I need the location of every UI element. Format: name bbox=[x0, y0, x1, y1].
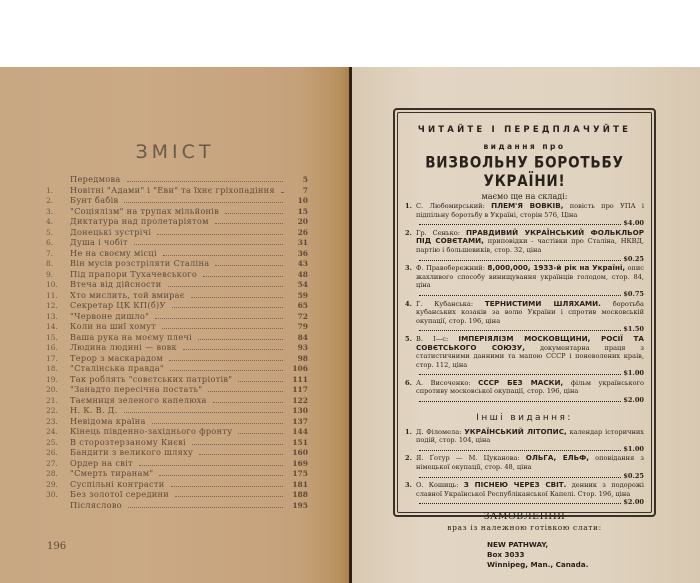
toc-entry-number: 24. bbox=[46, 427, 70, 438]
toc-entry: 4.Диктатура над пролетаріятом20 bbox=[46, 216, 308, 227]
publication-price: $1.00 bbox=[623, 445, 644, 454]
toc-entry-page: 106 bbox=[288, 364, 308, 375]
toc-entry-page: 48 bbox=[288, 270, 308, 281]
dot-leader bbox=[163, 254, 283, 256]
publication-description: Ф. Правобережний: 8,000,000, 1933-й рік … bbox=[416, 264, 644, 298]
toc-entry-title: "Занадто пересічна постать" bbox=[70, 384, 202, 395]
toc-title: ЗМІСТ bbox=[0, 141, 350, 163]
dot-leader bbox=[172, 306, 283, 308]
ad-heading-publications-about: видання про bbox=[405, 142, 644, 151]
publication-description: А. Височенко: СССР БЕЗ МАСКИ, фільм укра… bbox=[416, 379, 644, 405]
toc-entry: Післяслово195 bbox=[46, 500, 308, 511]
publication-item: 3.О. Кошиць: З ПІСНЕЮ ЧЕРЕЗ СВІТ. денник… bbox=[405, 481, 644, 507]
toc-entry-number: 21. bbox=[46, 396, 70, 407]
publication-item: 2.Гр. Сенько: ПРАВДИВИЙ УКРАЇНСЬКИЙ ФОЛЬ… bbox=[405, 229, 644, 263]
toc-entry-number: 9. bbox=[46, 270, 70, 281]
toc-entry: 29.Суспільні контрасти181 bbox=[46, 479, 308, 490]
toc-entry-number: 17. bbox=[46, 354, 70, 365]
dot-leader bbox=[203, 275, 283, 277]
toc-entry-page: 72 bbox=[288, 312, 308, 323]
dot-leader bbox=[419, 260, 621, 261]
dot-leader bbox=[152, 422, 283, 424]
toc-entry-page: 36 bbox=[288, 249, 308, 260]
dot-leader bbox=[175, 495, 283, 497]
ad-heading-read-subscribe: ЧИТАЙТЕ І ПЕРЕДПЛАЧУЙТЕ bbox=[405, 125, 644, 135]
dot-leader bbox=[155, 317, 283, 319]
toc-entry: 11.Хто мислить, той вмирає59 bbox=[46, 290, 308, 301]
toc-entry-number: 22. bbox=[46, 406, 70, 417]
toc-entry-title: Коли на шиї хомут bbox=[70, 321, 156, 332]
advertisement-inner-frame: ЧИТАЙТЕ І ПЕРЕДПЛАЧУЙТЕ видання про ВИЗВ… bbox=[397, 112, 652, 513]
toc-entry-number: 12. bbox=[46, 301, 70, 312]
toc-entry-page: 181 bbox=[288, 480, 308, 491]
publication-author: А. Височенко: bbox=[416, 379, 471, 387]
dot-leader bbox=[159, 474, 283, 476]
dot-leader bbox=[419, 477, 621, 478]
toc-entry-number: 30. bbox=[46, 490, 70, 501]
toc-entry-page: 111 bbox=[288, 375, 308, 386]
toc-entry-page: 43 bbox=[288, 259, 308, 270]
publication-item: 4.Г. Кубанська: ТЕРНИСТИМИ ШЛЯХАМИ. боро… bbox=[405, 300, 644, 334]
toc-entry-page: 93 bbox=[288, 343, 308, 354]
publication-title: З ПІСНЕЮ ЧЕРЕЗ СВІТ. bbox=[464, 480, 567, 489]
publication-item: 1.Д. Філомела: УКРАЇНСЬКИЙ ЛІТОПИС, кале… bbox=[405, 428, 644, 454]
toc-entry-page: 54 bbox=[288, 280, 308, 291]
publication-author: С. Любомирський: bbox=[416, 202, 485, 210]
dot-leader bbox=[157, 233, 283, 235]
in-stock-list: 1.С. Любомирський: ПЛЕМ'Я ВОВКІВ, повіст… bbox=[405, 202, 644, 405]
toc-entry-title: Новітні "Адами" і "Еви" та їхнє гріхопад… bbox=[70, 185, 275, 196]
publication-price: $0.25 bbox=[623, 472, 644, 481]
publication-number: 2. bbox=[405, 229, 416, 263]
publication-number: 1. bbox=[405, 202, 416, 228]
toc-entry: 30.Без золотої середини188 bbox=[46, 489, 308, 500]
toc-entry-page: 79 bbox=[288, 322, 308, 333]
toc-entry-title: Він мусів розстріляти Сталіна bbox=[70, 258, 209, 269]
toc-entry-title: Н. К. В. Д. bbox=[70, 405, 118, 416]
toc-entry-page: 130 bbox=[288, 406, 308, 417]
toc-entry-page: 65 bbox=[288, 301, 308, 312]
toc-entry-title: Так роблять "совєтських патріотів" bbox=[70, 374, 232, 385]
toc-entry-number: 2. bbox=[46, 196, 70, 207]
toc-entry: 23.Невідома країна137 bbox=[46, 416, 308, 427]
toc-entry-title: "Смерть тиранам" bbox=[70, 468, 153, 479]
toc-entry-number: 4. bbox=[46, 217, 70, 228]
publication-title: ТЕРНИСТИМИ ШЛЯХАМИ. bbox=[485, 299, 601, 308]
dot-leader bbox=[191, 296, 283, 298]
price-row: $4.00 bbox=[416, 219, 644, 228]
dot-leader bbox=[124, 201, 283, 203]
publication-item: 3.Ф. Правобережний: 8,000,000, 1933-й рі… bbox=[405, 264, 644, 298]
toc-entry-number: 15. bbox=[46, 333, 70, 344]
price-row: $1.50 bbox=[416, 325, 644, 334]
publication-description: Я. Ґотур — М. Цуканова: ОЛЬГА, ЕЛЬФ, опо… bbox=[416, 454, 644, 480]
toc-entry: 20."Занадто пересічна постать"117 bbox=[46, 384, 308, 395]
toc-entry-number: 28. bbox=[46, 469, 70, 480]
toc-entry-number: 23. bbox=[46, 417, 70, 428]
toc-entry-number: 11. bbox=[46, 291, 70, 302]
publication-description: Г. Кубанська: ТЕРНИСТИМИ ШЛЯХАМИ. бороть… bbox=[416, 300, 644, 334]
dot-leader bbox=[124, 411, 283, 413]
toc-entry: 19.Так роблять "совєтських патріотів"111 bbox=[46, 374, 308, 385]
price-row: $1.00 bbox=[416, 445, 644, 454]
toc-entry: 27.Ордер на світ169 bbox=[46, 458, 308, 469]
book-spread: ЗМІСТ Передмова51.Новітні "Адами" і "Еви… bbox=[0, 67, 700, 583]
dot-leader bbox=[198, 338, 283, 340]
dot-leader bbox=[238, 380, 283, 382]
toc-entry-number: 1. bbox=[46, 186, 70, 197]
toc-entry-page: 160 bbox=[288, 448, 308, 459]
toc-entry-number: 14. bbox=[46, 322, 70, 333]
price-row: $2.00 bbox=[416, 396, 644, 405]
dot-leader bbox=[419, 401, 621, 402]
toc-entry-title: Передмова bbox=[70, 174, 121, 185]
dot-leader bbox=[238, 432, 283, 434]
toc-entry-title: Душа і чобіт bbox=[70, 237, 128, 248]
toc-entry: 25.В сторозтерзаному Києві151 bbox=[46, 437, 308, 448]
dot-leader bbox=[213, 401, 283, 403]
dot-leader bbox=[199, 453, 283, 455]
toc-entry-title: Донецькі зустрічі bbox=[70, 227, 151, 238]
publication-price: $0.25 bbox=[623, 255, 644, 264]
order-title: ЗАМОВЛЕННЯ bbox=[405, 511, 644, 522]
toc-entry-page: 137 bbox=[288, 417, 308, 428]
order-instructions: враз із належною готівкою слати: bbox=[405, 523, 644, 532]
publication-description: С. Любомирський: ПЛЕМ'Я ВОВКІВ, повість … bbox=[416, 202, 644, 228]
toc-entry-page: 169 bbox=[288, 459, 308, 470]
toc-entry-title: Без золотої середини bbox=[70, 489, 169, 500]
publication-description: В. І—с: ІМПЕРІЯЛІЗМ МОСКОВЩИНИ, РОСІЇ ТА… bbox=[416, 335, 644, 378]
toc-entry-title: "Червоне дишло" bbox=[70, 311, 149, 322]
dot-leader bbox=[169, 359, 283, 361]
toc-entry-page: 122 bbox=[288, 396, 308, 407]
toc-entry: 21.Таємниця зеленого капелюха122 bbox=[46, 395, 308, 406]
in-stock-label: маємо ще на складі: bbox=[405, 192, 644, 201]
toc-entry-title: Терор з маскарадом bbox=[70, 353, 163, 364]
dot-leader bbox=[183, 348, 283, 350]
toc-entry-number: 10. bbox=[46, 280, 70, 291]
toc-entry-number: 5. bbox=[46, 228, 70, 239]
toc-entry-page: 175 bbox=[288, 469, 308, 480]
publication-title: УКРАЇНСЬКИЙ ЛІТОПИС, bbox=[464, 427, 567, 436]
toc-entry: 8.Він мусів розстріляти Сталіна43 bbox=[46, 258, 308, 269]
toc-entry-title: Бунт бабів bbox=[70, 195, 118, 206]
toc-entry-title: Таємниця зеленого капелюха bbox=[70, 395, 207, 406]
publication-author: Г. Кубанська: bbox=[416, 300, 473, 308]
toc-entry: 12.Секретар ЦК КП(б)У65 bbox=[46, 300, 308, 311]
dot-leader bbox=[208, 390, 283, 392]
dot-leader bbox=[192, 443, 283, 445]
publication-description: Гр. Сенько: ПРАВДИВИЙ УКРАЇНСЬКИЙ ФОЛЬКЛ… bbox=[416, 229, 644, 263]
publication-item: 5.В. І—с: ІМПЕРІЯЛІЗМ МОСКОВЩИНИ, РОСІЇ … bbox=[405, 335, 644, 378]
toc-entry-number: 25. bbox=[46, 438, 70, 449]
publication-description: О. Кошиць: З ПІСНЕЮ ЧЕРЕЗ СВІТ. денник з… bbox=[416, 481, 644, 507]
dot-leader bbox=[419, 503, 621, 504]
toc-entry: 22.Н. К. В. Д.130 bbox=[46, 405, 308, 416]
dot-leader bbox=[139, 464, 283, 466]
publication-description: Д. Філомела: УКРАЇНСЬКИЙ ЛІТОПИС, календ… bbox=[416, 428, 644, 454]
dot-leader bbox=[419, 374, 621, 375]
toc-entry-title: Секретар ЦК КП(б)У bbox=[70, 300, 166, 311]
publication-price: $0.75 bbox=[623, 290, 644, 299]
toc-entry: 18."Сталінська правда"106 bbox=[46, 363, 308, 374]
toc-entry-title: Втеча від дійсности bbox=[70, 279, 162, 290]
publication-author: Я. Ґотур — М. Цуканова: bbox=[416, 454, 520, 462]
toc-entry-number: 16. bbox=[46, 343, 70, 354]
publication-price: $2.00 bbox=[623, 396, 644, 405]
mailing-address: NEW PATHWAY, Box 3033 Winnipeg, Man., Ca… bbox=[487, 540, 644, 570]
toc-entry-page: 98 bbox=[288, 354, 308, 365]
price-row: $0.75 bbox=[416, 290, 644, 299]
other-publications-list: 1.Д. Філомела: УКРАЇНСЬКИЙ ЛІТОПИС, кале… bbox=[405, 428, 644, 507]
toc-entry-number: 6. bbox=[46, 238, 70, 249]
toc-entry-number: 8. bbox=[46, 259, 70, 270]
publication-price: $1.50 bbox=[623, 325, 644, 334]
toc-entry-title: Бандити з великого шляху bbox=[70, 447, 193, 458]
toc-entry-number: 19. bbox=[46, 375, 70, 386]
toc-entry-title: "Сталінська правда" bbox=[70, 363, 164, 374]
toc-entry-title: Невідома країна bbox=[70, 416, 146, 427]
toc-entry-page: 7 bbox=[288, 186, 308, 197]
toc-entry-title: Диктатура над пролетаріятом bbox=[70, 216, 209, 227]
address-line-2: Box 3033 bbox=[487, 550, 644, 560]
toc-entry: 15.Ваша рука на моєму плечі84 bbox=[46, 332, 308, 343]
toc-entry-title: Ордер на світ bbox=[70, 458, 133, 469]
toc-entry-number: 18. bbox=[46, 364, 70, 375]
dot-leader bbox=[419, 330, 621, 331]
toc-entry: 28."Смерть тиранам"175 bbox=[46, 468, 308, 479]
toc-entry-title: Під прапори Тухачевського bbox=[70, 269, 197, 280]
address-line-3: Winnipeg, Man., Canada. bbox=[487, 560, 644, 570]
publication-title: ПЛЕМ'Я ВОВКІВ, bbox=[491, 201, 563, 210]
toc-entry-page: 26 bbox=[288, 228, 308, 239]
dot-leader bbox=[281, 191, 283, 193]
publication-price: $1.00 bbox=[623, 369, 644, 378]
toc-entry: 9.Під прапори Тухачевського48 bbox=[46, 269, 308, 280]
toc-entry-title: Ваша рука на моєму плечі bbox=[70, 332, 192, 343]
publication-item: 6.А. Височенко: СССР БЕЗ МАСКИ, фільм ук… bbox=[405, 379, 644, 405]
table-of-contents: Передмова51.Новітні "Адами" і "Еви" та ї… bbox=[46, 174, 308, 510]
toc-entry: 16.Людина людині — вовк93 bbox=[46, 342, 308, 353]
publication-author: О. Кошиць: bbox=[416, 481, 458, 489]
toc-entry-page: 195 bbox=[288, 501, 308, 512]
publication-number: 3. bbox=[405, 264, 416, 298]
toc-entry: 17.Терор з маскарадом98 bbox=[46, 353, 308, 364]
publication-price: $4.00 bbox=[623, 219, 644, 228]
publication-number: 1. bbox=[405, 428, 416, 454]
toc-entry-title: Післяслово bbox=[70, 500, 122, 511]
toc-entry-title: Не на своєму місці bbox=[70, 248, 157, 259]
dot-leader bbox=[419, 295, 621, 296]
publication-title: 8,000,000, 1933-й рік на Україні, bbox=[487, 263, 625, 272]
toc-entry-number: 7. bbox=[46, 249, 70, 260]
toc-entry: Передмова5 bbox=[46, 174, 308, 185]
toc-entry-page: 117 bbox=[288, 385, 308, 396]
dot-leader bbox=[419, 224, 621, 225]
toc-entry-number: 20. bbox=[46, 385, 70, 396]
dot-leader bbox=[168, 285, 283, 287]
toc-entry-title: Суспільні контрасти bbox=[70, 479, 165, 490]
toc-entry: 1.Новітні "Адами" і "Еви" та їхнє гріхоп… bbox=[46, 185, 308, 196]
dot-leader bbox=[162, 327, 283, 329]
toc-entry-page: 5 bbox=[288, 175, 308, 186]
dot-leader bbox=[225, 212, 283, 214]
toc-entry-title: "Соціялізм" на трупах мільйонів bbox=[70, 206, 219, 217]
page-number: 196 bbox=[47, 541, 66, 552]
toc-entry-page: 59 bbox=[288, 291, 308, 302]
publication-number: 6. bbox=[405, 379, 416, 405]
toc-entry-title: Хто мислить, той вмирає bbox=[70, 290, 185, 301]
other-publications-label: Інші видання: bbox=[405, 413, 644, 423]
toc-entry: 2.Бунт бабів10 bbox=[46, 195, 308, 206]
toc-entry: 3."Соціялізм" на трупах мільйонів15 bbox=[46, 206, 308, 217]
address-line-1: NEW PATHWAY, bbox=[487, 540, 644, 550]
right-page: ЧИТАЙТЕ І ПЕРЕДПЛАЧУЙТЕ видання про ВИЗВ… bbox=[352, 67, 700, 583]
toc-entry-number: 27. bbox=[46, 459, 70, 470]
toc-entry-number: 29. bbox=[46, 480, 70, 491]
toc-entry: 6.Душа і чобіт31 bbox=[46, 237, 308, 248]
dot-leader bbox=[171, 485, 283, 487]
toc-entry-title: Людина людині — вовк bbox=[70, 342, 177, 353]
ad-heading-liberation-struggle: ВИЗВОЛЬНУ БОРОТЬБУ УКРАЇНИ! bbox=[405, 154, 644, 191]
publication-title: СССР БЕЗ МАСКИ, bbox=[478, 378, 563, 387]
toc-entry: 26.Бандити з великого шляху160 bbox=[46, 447, 308, 458]
advertisement-box: ЧИТАЙТЕ І ПЕРЕДПЛАЧУЙТЕ видання про ВИЗВ… bbox=[393, 108, 656, 517]
toc-entry-page: 31 bbox=[288, 238, 308, 249]
toc-entry-page: 151 bbox=[288, 438, 308, 449]
toc-entry-number: 26. bbox=[46, 448, 70, 459]
dot-leader bbox=[170, 369, 283, 371]
dot-leader bbox=[215, 222, 283, 224]
dot-leader bbox=[419, 450, 621, 451]
publication-price: $2.00 bbox=[623, 498, 644, 507]
toc-entry-page: 188 bbox=[288, 490, 308, 501]
toc-entry: 7.Не на своєму місці36 bbox=[46, 248, 308, 259]
toc-entry-title: В сторозтерзаному Києві bbox=[70, 437, 186, 448]
toc-entry: 10.Втеча від дійсности54 bbox=[46, 279, 308, 290]
publication-author: Д. Філомела: bbox=[416, 428, 461, 436]
price-row: $2.00 bbox=[416, 498, 644, 507]
toc-entry: 13."Червоне дишло"72 bbox=[46, 311, 308, 322]
price-row: $0.25 bbox=[416, 255, 644, 264]
dot-leader bbox=[215, 264, 283, 266]
toc-entry: 24.Кінець південно-західнього фронту144 bbox=[46, 426, 308, 437]
publication-number: 3. bbox=[405, 481, 416, 507]
publication-author: Ф. Правобережний: bbox=[416, 264, 485, 272]
dot-leader bbox=[127, 180, 283, 182]
publication-number: 5. bbox=[405, 335, 416, 378]
toc-entry: 14.Коли на шиї хомут79 bbox=[46, 321, 308, 332]
publication-number: 4. bbox=[405, 300, 416, 334]
publication-item: 2.Я. Ґотур — М. Цуканова: ОЛЬГА, ЕЛЬФ, о… bbox=[405, 454, 644, 480]
toc-entry-page: 15 bbox=[288, 207, 308, 218]
toc-entry-page: 144 bbox=[288, 427, 308, 438]
toc-entry-page: 20 bbox=[288, 217, 308, 228]
toc-entry-title: Кінець південно-західнього фронту bbox=[70, 426, 232, 437]
price-row: $1.00 bbox=[416, 369, 644, 378]
publication-number: 2. bbox=[405, 454, 416, 480]
publication-title: ОЛЬГА, ЕЛЬФ, bbox=[526, 453, 589, 462]
left-page: ЗМІСТ Передмова51.Новітні "Адами" і "Еви… bbox=[0, 67, 350, 583]
dot-leader bbox=[134, 243, 283, 245]
toc-entry-number: 13. bbox=[46, 312, 70, 323]
toc-entry-page: 84 bbox=[288, 333, 308, 344]
toc-entry-page: 10 bbox=[288, 196, 308, 207]
price-row: $0.25 bbox=[416, 472, 644, 481]
toc-entry: 5.Донецькі зустрічі26 bbox=[46, 227, 308, 238]
dot-leader bbox=[128, 506, 283, 508]
publication-item: 1.С. Любомирський: ПЛЕМ'Я ВОВКІВ, повіст… bbox=[405, 202, 644, 228]
toc-entry-number: 3. bbox=[46, 207, 70, 218]
